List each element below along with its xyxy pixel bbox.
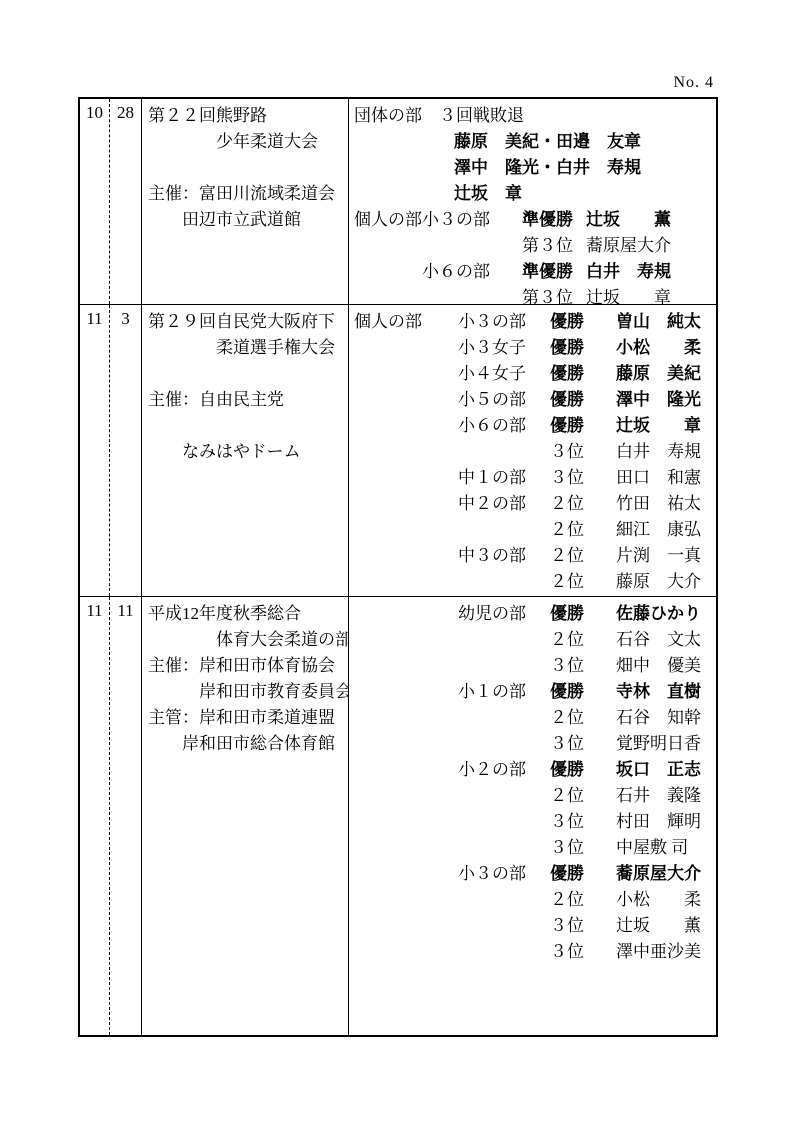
result-name: 石谷 文太 bbox=[616, 627, 714, 653]
result-line: 幼児の部優勝佐藤ひかり bbox=[354, 601, 714, 627]
result-line: 小６の部優勝辻坂 章 bbox=[354, 413, 714, 439]
result-cat: 中３の部 bbox=[458, 543, 550, 569]
result-line: 小４女子優勝藤原 美紀 bbox=[354, 361, 714, 387]
result-line: ２位藤原 大介 bbox=[354, 569, 714, 595]
event-line: 第２２回熊野路 bbox=[148, 103, 347, 129]
result-label: 個人の部 bbox=[354, 207, 422, 233]
table-row: 11 11 平成12年度秋季総合 体育大会柔道の部主催：岸和田市体育協会 岸和田… bbox=[80, 597, 716, 1035]
result-name: 石井 義隆 bbox=[616, 783, 714, 809]
result-line: ２位石谷 文太 bbox=[354, 627, 714, 653]
result-cat: 小３の部 bbox=[458, 861, 550, 887]
result-name: 覚野明日香 bbox=[616, 731, 714, 757]
date-day-cell: 28 bbox=[110, 99, 142, 304]
result-cat: 小３女子 bbox=[458, 335, 550, 361]
event-line: 主管：岸和田市柔道連盟 bbox=[148, 705, 347, 731]
event-line: なみはやドーム bbox=[148, 439, 347, 465]
result-name: 藤原 大介 bbox=[616, 569, 714, 595]
result-rank: ２位 bbox=[550, 491, 616, 517]
result-name: 石谷 知幹 bbox=[616, 705, 714, 731]
result-line: 辻坂 章 bbox=[354, 181, 714, 207]
result-line: ２位石谷 知幹 bbox=[354, 705, 714, 731]
date-month-cell: 11 bbox=[80, 597, 110, 1035]
result-line: 小５の部優勝澤中 隆光 bbox=[354, 387, 714, 413]
result-line: 中３の部２位片渕 一真 bbox=[354, 543, 714, 569]
result-name: 蕎原屋大介 bbox=[586, 233, 714, 259]
result-rank: 優勝 bbox=[550, 601, 616, 627]
result-name: 辻坂 章 bbox=[616, 413, 714, 439]
result-rank: 優勝 bbox=[550, 361, 616, 387]
result-cat: 小４女子 bbox=[458, 361, 550, 387]
result-rank: 優勝 bbox=[550, 335, 616, 361]
results-cell: 幼児の部優勝佐藤ひかり２位石谷 文太３位畑中 優美小１の部優勝寺林 直樹２位石谷… bbox=[349, 597, 716, 1035]
result-rank: ３位 bbox=[550, 913, 616, 939]
result-rank: 優勝 bbox=[550, 679, 616, 705]
result-cat: 小５の部 bbox=[458, 387, 550, 413]
result-line: 団体の部 ３回戦敗退 bbox=[354, 103, 714, 129]
result-line: 小３の部優勝蕎原屋大介 bbox=[354, 861, 714, 887]
event-line bbox=[148, 155, 347, 181]
result-name: 坂口 正志 bbox=[616, 757, 714, 783]
event-line: 田辺市立武道館 bbox=[148, 207, 347, 233]
result-name: 田口 和憲 bbox=[616, 465, 714, 491]
result-name: 小松 柔 bbox=[616, 887, 714, 913]
result-line: 中２の部２位竹田 祐太 bbox=[354, 491, 714, 517]
result-name: 曽山 純太 bbox=[616, 309, 714, 335]
result-rank: 優勝 bbox=[550, 387, 616, 413]
date-month-cell: 11 bbox=[80, 305, 110, 596]
result-label: 個人の部 bbox=[354, 309, 458, 335]
result-rank: ３位 bbox=[550, 939, 616, 965]
results-cell: 団体の部 ３回戦敗退藤原 美紀・田邉 友章澤中 隆光・白井 寿規辻坂 章個人の部… bbox=[349, 99, 716, 304]
result-rank: 第３位 bbox=[522, 285, 586, 304]
result-name: 澤中亜沙美 bbox=[616, 939, 714, 965]
result-name: 細江 康弘 bbox=[616, 517, 714, 543]
result-line: ２位細江 康弘 bbox=[354, 517, 714, 543]
result-name: 白井 寿規 bbox=[586, 259, 714, 285]
result-line: ３位辻坂 薫 bbox=[354, 913, 714, 939]
result-line: 個人の部小３の部優勝曽山 純太 bbox=[354, 309, 714, 335]
result-cat: 小３の部 bbox=[458, 309, 550, 335]
result-rank: ３位 bbox=[550, 653, 616, 679]
result-line: ３位澤中亜沙美 bbox=[354, 939, 714, 965]
result-line: 澤中 隆光・白井 寿規 bbox=[354, 155, 714, 181]
event-cell: 平成12年度秋季総合 体育大会柔道の部主催：岸和田市体育協会 岸和田市教育委員会… bbox=[142, 597, 349, 1035]
event-line: 主催：岸和田市体育協会 bbox=[148, 653, 347, 679]
result-name: 白井 寿規 bbox=[616, 439, 714, 465]
result-name: 村田 輝明 bbox=[616, 809, 714, 835]
result-cat: 中１の部 bbox=[458, 465, 550, 491]
result-rank: ２位 bbox=[550, 517, 616, 543]
result-cat: 小３の部 bbox=[422, 207, 522, 233]
event-line: 柔道選手権大会 bbox=[148, 335, 347, 361]
result-rank: 第３位 bbox=[522, 233, 586, 259]
event-line: 岸和田市教育委員会 bbox=[148, 679, 347, 705]
event-cell: 第２９回自民党大阪府下 柔道選手権大会主催：自由民主党 なみはやドーム bbox=[142, 305, 349, 596]
result-cat: 中２の部 bbox=[458, 491, 550, 517]
result-line: 個人の部小３の部準優勝辻坂 薫 bbox=[354, 207, 714, 233]
result-name: 藤原 美紀 bbox=[616, 361, 714, 387]
result-cat: 小１の部 bbox=[458, 679, 550, 705]
result-rank: ２位 bbox=[550, 783, 616, 809]
event-line bbox=[148, 361, 347, 387]
result-rank: 優勝 bbox=[550, 413, 616, 439]
result-rank: ２位 bbox=[550, 705, 616, 731]
result-line: ２位石井 義隆 bbox=[354, 783, 714, 809]
result-line: 小３女子優勝小松 柔 bbox=[354, 335, 714, 361]
result-cat: 小６の部 bbox=[458, 413, 550, 439]
event-line: 体育大会柔道の部 bbox=[148, 627, 347, 653]
event-line: 主催：自由民主党 bbox=[148, 387, 347, 413]
result-rank: 優勝 bbox=[550, 861, 616, 887]
result-wide2: 団体の部 ３回戦敗退 bbox=[354, 103, 714, 129]
result-line: ３位白井 寿規 bbox=[354, 439, 714, 465]
result-line: ３位中屋敷 司 bbox=[354, 835, 714, 861]
event-line: 第２９回自民党大阪府下 bbox=[148, 309, 347, 335]
result-name: 辻坂 章 bbox=[586, 285, 714, 304]
results-cell: 個人の部小３の部優勝曽山 純太小３女子優勝小松 柔小４女子優勝藤原 美紀小５の部… bbox=[349, 305, 716, 596]
result-rank: ３位 bbox=[550, 835, 616, 861]
result-line: 第３位辻坂 章 bbox=[354, 285, 714, 304]
date-month-cell: 10 bbox=[80, 99, 110, 304]
result-line: ２位小松 柔 bbox=[354, 887, 714, 913]
result-rank: 準優勝 bbox=[522, 259, 586, 285]
event-line: 岸和田市総合体育館 bbox=[148, 731, 347, 757]
result-line: 第３位蕎原屋大介 bbox=[354, 233, 714, 259]
result-line: 小１の部優勝寺林 直樹 bbox=[354, 679, 714, 705]
result-rank: ３位 bbox=[550, 731, 616, 757]
page-number: No. 4 bbox=[673, 74, 714, 92]
result-rank: 準優勝 bbox=[522, 207, 586, 233]
result-name: 片渕 一真 bbox=[616, 543, 714, 569]
result-line: ３位村田 輝明 bbox=[354, 809, 714, 835]
result-team: 辻坂 章 bbox=[354, 181, 714, 207]
result-team: 藤原 美紀・田邉 友章 bbox=[354, 129, 714, 155]
result-cat: 小２の部 bbox=[458, 757, 550, 783]
result-name: 畑中 優美 bbox=[616, 653, 714, 679]
table-row: 10 28 第２２回熊野路 少年柔道大会主催：富田川流域柔道会 田辺市立武道館 … bbox=[80, 99, 716, 305]
result-rank: ３位 bbox=[550, 439, 616, 465]
result-line: ３位覚野明日香 bbox=[354, 731, 714, 757]
result-rank: ２位 bbox=[550, 627, 616, 653]
event-line: 主催：富田川流域柔道会 bbox=[148, 181, 347, 207]
result-rank: 優勝 bbox=[550, 757, 616, 783]
result-rank: ２位 bbox=[550, 569, 616, 595]
event-line bbox=[148, 413, 347, 439]
document-page: No. 4 10 28 第２２回熊野路 少年柔道大会主催：富田川流域柔道会 田辺… bbox=[0, 0, 794, 1123]
result-name: 蕎原屋大介 bbox=[616, 861, 714, 887]
result-line: ３位畑中 優美 bbox=[354, 653, 714, 679]
result-name: 小松 柔 bbox=[616, 335, 714, 361]
result-rank: ２位 bbox=[550, 543, 616, 569]
result-line: 小２の部優勝坂口 正志 bbox=[354, 757, 714, 783]
event-line: 平成12年度秋季総合 bbox=[148, 601, 347, 627]
result-line: 中１の部３位田口 和憲 bbox=[354, 465, 714, 491]
event-line: 少年柔道大会 bbox=[148, 129, 347, 155]
event-cell: 第２２回熊野路 少年柔道大会主催：富田川流域柔道会 田辺市立武道館 bbox=[142, 99, 349, 304]
result-name: 辻坂 薫 bbox=[616, 913, 714, 939]
result-line: 藤原 美紀・田邉 友章 bbox=[354, 129, 714, 155]
tournament-results-table: 10 28 第２２回熊野路 少年柔道大会主催：富田川流域柔道会 田辺市立武道館 … bbox=[78, 97, 718, 1037]
result-team: 澤中 隆光・白井 寿規 bbox=[354, 155, 714, 181]
result-name: 竹田 祐太 bbox=[616, 491, 714, 517]
result-rank: ３位 bbox=[550, 809, 616, 835]
result-name: 澤中 隆光 bbox=[616, 387, 714, 413]
result-cat: 幼児の部 bbox=[458, 601, 550, 627]
result-name: 佐藤ひかり bbox=[616, 601, 714, 627]
date-day-cell: 11 bbox=[110, 597, 142, 1035]
result-name: 辻坂 薫 bbox=[586, 207, 714, 233]
result-name: 中屋敷 司 bbox=[616, 835, 714, 861]
result-rank: 優勝 bbox=[550, 309, 616, 335]
result-rank: ３位 bbox=[550, 465, 616, 491]
result-cat: 小６の部 bbox=[422, 259, 522, 285]
date-day-cell: 3 bbox=[110, 305, 142, 596]
result-name: 寺林 直樹 bbox=[616, 679, 714, 705]
table-row: 11 3 第２９回自民党大阪府下 柔道選手権大会主催：自由民主党 なみはやドーム… bbox=[80, 305, 716, 597]
result-rank: ２位 bbox=[550, 887, 616, 913]
result-line: 小６の部準優勝白井 寿規 bbox=[354, 259, 714, 285]
